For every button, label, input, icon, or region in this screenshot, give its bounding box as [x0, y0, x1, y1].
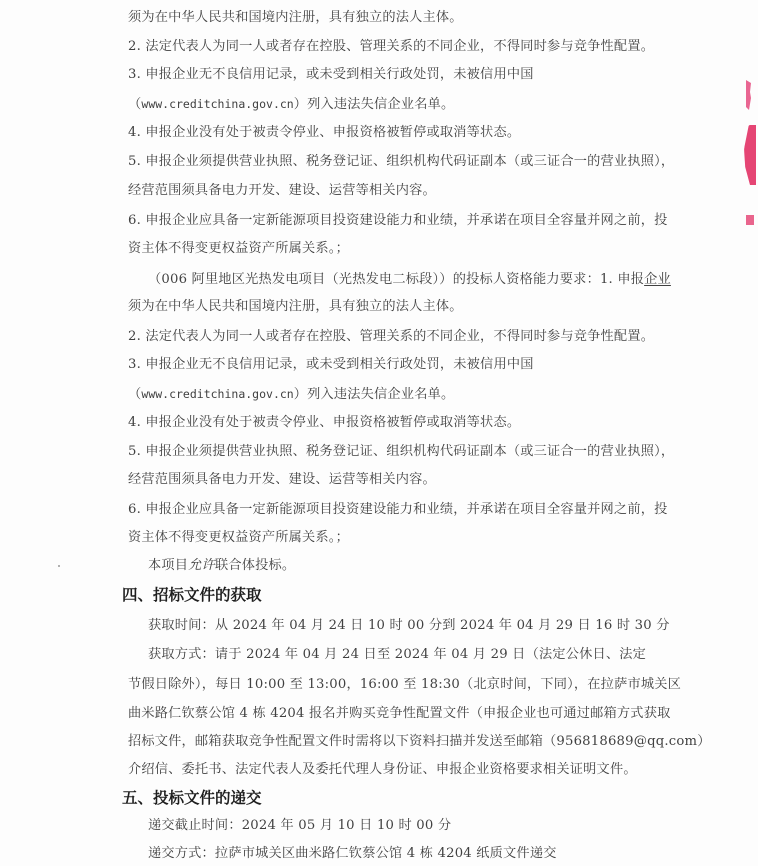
consortium-suffix: 联合体投标。	[215, 558, 295, 573]
seal-mark	[744, 125, 756, 185]
seal-mark	[746, 80, 751, 110]
project-requirement-intro: （006 阿里地区光热发电项目（光热发电二标段））的投标人资格能力要求：1. 申…	[148, 271, 671, 289]
text-line-url: （www.creditchina.gov.cn）列入违法失信企业名单。	[128, 95, 454, 114]
text-line-email: 招标文件，邮箱获取竞争性配置文件时需将以下资料扫描并发送至邮箱（95681868…	[128, 733, 711, 751]
scan-speck	[58, 565, 60, 567]
text-line: 资主体不得变更权益资产所属关系。；	[128, 240, 349, 258]
text-line: 2. 法定代表人为同一人或者存在控股、管理关系的不同企业，不得同时参与竞争性配置…	[128, 328, 654, 346]
seal-mark	[746, 215, 754, 225]
acquisition-time: 获取时间：从 2024 年 04 月 24 日 10 时 00 分到 2024 …	[148, 617, 670, 635]
paren-open: （	[128, 97, 141, 112]
text-line-url: （www.creditchina.gov.cn）列入违法失信企业名单。	[128, 385, 454, 404]
submission-deadline: 递交截止时间：2024 年 05 月 10 日 10 时 00 分	[148, 817, 451, 835]
scan-speck	[308, 283, 309, 284]
text-line: 4. 申报企业没有处于被责令停业、申报资格被暂停或取消等状态。	[128, 124, 520, 142]
text-line: 5. 申报企业须提供营业执照、税务登记证、组织机构代码证副本（或三证合一的营业执…	[128, 153, 674, 171]
text-line: 2. 法定代表人为同一人或者存在控股、管理关系的不同企业，不得同时参与竞争性配置…	[128, 38, 654, 56]
intro-text: （006 阿里地区光热发电项目（光热发电二标段））的投标人资格能力要求：1. 申…	[148, 272, 644, 287]
consortium-prefix: 本项目	[148, 558, 188, 573]
section-heading-bid-submission: 五、投标文件的递交	[122, 788, 262, 808]
url-suffix: ）列入违法失信企业名单。	[294, 387, 455, 402]
text-line: 资主体不得变更权益资产所属关系。；	[128, 529, 349, 547]
text-line: 6. 申报企业应具备一定新能源项目投资建设能力和业绩，并承诺在项目全容量并网之前…	[128, 501, 667, 519]
text-line: 须为在中华人民共和国境内注册，具有独立的法人主体。	[128, 9, 463, 27]
paren-open: （	[128, 387, 141, 402]
consortium-line: 本项目允许联合体投标。	[148, 557, 295, 575]
text-line: 5. 申报企业须提供营业执照、税务登记证、组织机构代码证副本（或三证合一的营业执…	[128, 443, 674, 461]
credit-china-link: www.creditchina.gov.cn	[141, 387, 293, 401]
underlined-text: 企业	[644, 272, 671, 287]
text-line: 4. 申报企业没有处于被责令停业、申报资格被暂停或取消等状态。	[128, 414, 520, 432]
official-seal-fragment	[742, 70, 758, 240]
text-line: 须为在中华人民共和国境内注册，具有独立的法人主体。	[128, 298, 463, 316]
submission-method: 递交方式：拉萨市城关区曲米路仁钦蔡公馆 4 栋 4204 纸质文件递交	[148, 845, 557, 863]
text-line: 经营范围须具备电力开发、建设、运营等相关内容。	[128, 471, 436, 489]
url-suffix: ）列入违法失信企业名单。	[294, 97, 455, 112]
section-heading-tender-doc-acquisition: 四、招标文件的获取	[122, 585, 262, 605]
credit-china-link: www.creditchina.gov.cn	[141, 97, 293, 111]
text-line: 曲米路仁钦蔡公馆 4 栋 4204 报名并购买竞争性配置文件（申报企业也可通过邮…	[128, 705, 670, 723]
text-line: 3. 申报企业无不良信用记录，或未受到相关行政处罚，未被信用中国	[128, 66, 534, 84]
text-line: 3. 申报企业无不良信用记录，或未受到相关行政处罚，未被信用中国	[128, 356, 534, 374]
text-line: 6. 申报企业应具备一定新能源项目投资建设能力和业绩，并承诺在项目全容量并网之前…	[128, 212, 667, 230]
acquisition-method: 获取方式：请于 2024 年 04 月 24 日至 2024 年 04 月 29…	[148, 646, 646, 664]
consortium-allowed: 允许	[188, 558, 215, 573]
document-page: 须为在中华人民共和国境内注册，具有独立的法人主体。 2. 法定代表人为同一人或者…	[0, 0, 758, 866]
text-line: 经营范围须具备电力开发、建设、运营等相关内容。	[128, 182, 436, 200]
text-line: 介绍信、委托书、法定代表人及委托代理人身份证、申报企业资格要求相关证明文件。	[128, 761, 637, 779]
text-line: 节假日除外），每日 10:00 至 13:00，16:00 至 18:30（北京…	[128, 676, 681, 694]
